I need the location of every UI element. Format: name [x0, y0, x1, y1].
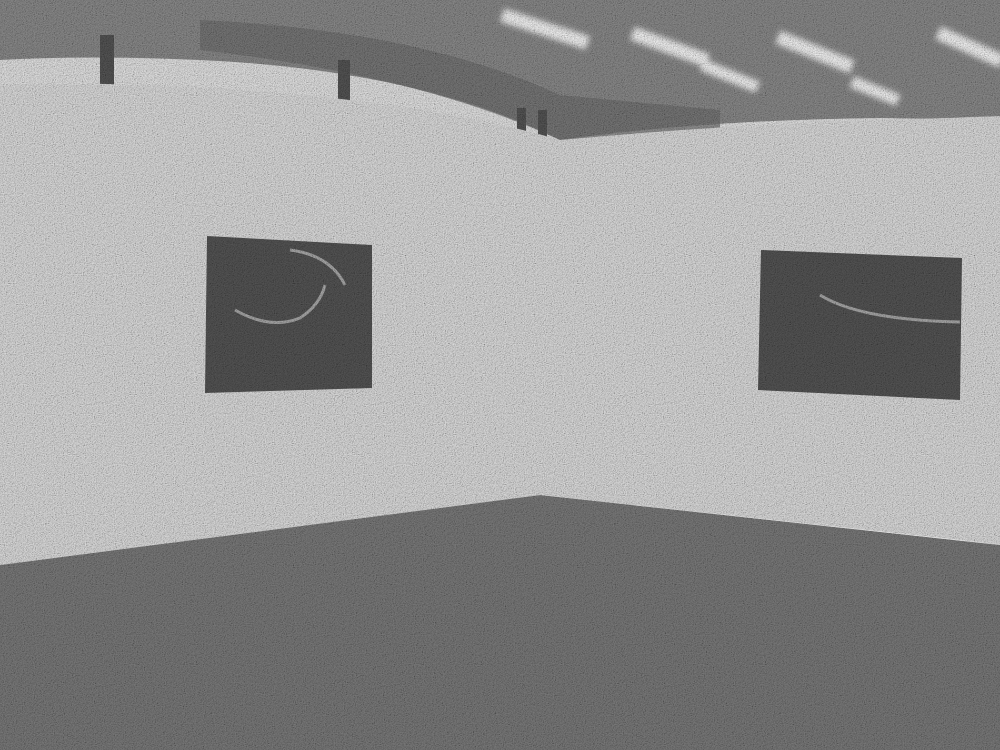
artwork-left	[205, 236, 372, 393]
artwork-right	[758, 250, 962, 400]
photo-canvas	[0, 0, 1000, 750]
gallery-photo	[0, 0, 1000, 750]
